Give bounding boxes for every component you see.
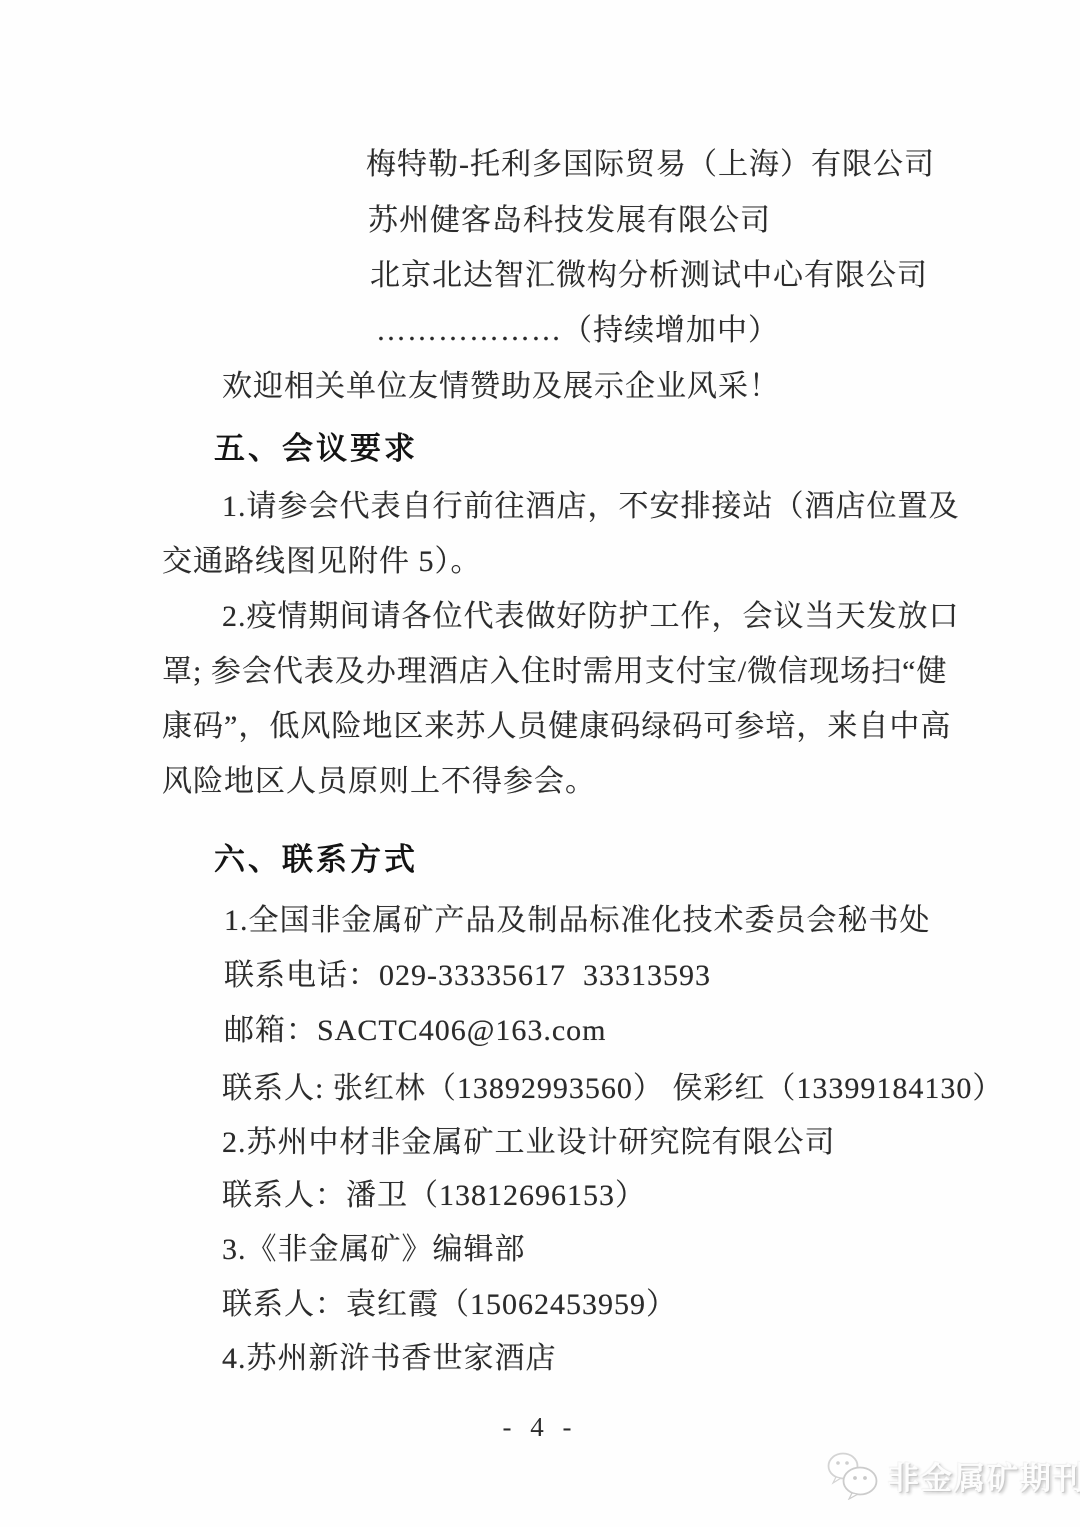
section6-entry4-name: 4.苏州新浒书香世家酒店 <box>222 1341 557 1377</box>
section5-heading: 五、会议要求 <box>214 431 418 467</box>
section6-entry3-contacts: 联系人：袁红霞（15062453959） <box>222 1287 677 1323</box>
publisher-watermark: 非金属矿期刊 <box>826 1450 1080 1500</box>
section5-item2-line4: 风险地区人员原则上不得参会。 <box>162 764 596 800</box>
watermark-label: 非金属矿期刊 <box>888 1453 1080 1498</box>
sponsor-company-line: 苏州健客岛科技发展有限公司 <box>368 203 771 239</box>
section5-item2-line3: 康码”，低风险地区来苏人员健康码绿码可参培，来自中高 <box>162 709 951 745</box>
section5-item2-line1: 2.疫情期间请各位代表做好防护工作，会议当天发放口 <box>222 599 960 635</box>
section5-item2-line2: 罩; 参会代表及办理酒店入住时需用支付宝/微信现场扫“健 <box>162 654 948 690</box>
section6-entry1-name: 1.全国非金属矿产品及制品标准化技术委员会秘书处 <box>224 903 931 939</box>
section6-heading: 六、联系方式 <box>214 842 418 878</box>
section5-item1-line1: 1.请参会代表自行前往酒店，不安排接站（酒店位置及 <box>222 489 960 525</box>
sponsor-list-growing-note: ………………（持续增加中） <box>376 313 779 349</box>
document-page: 梅特勒-托利多国际贸易（上海）有限公司 苏州健客岛科技发展有限公司 北京北达智汇… <box>0 0 1080 1527</box>
section6-entry2-contacts: 联系人：潘卫（13812696153） <box>222 1178 646 1214</box>
sponsor-company-line: 梅特勒-托利多国际贸易（上海）有限公司 <box>366 147 935 183</box>
wechat-icon <box>826 1450 880 1500</box>
page-number: - 4 - <box>0 1412 1080 1443</box>
section6-entry3-name: 3.《非金属矿》编辑部 <box>222 1232 526 1268</box>
section6-entry1-contacts: 联系人: 张红林（13892993560） 侯彩红（13399184130） <box>222 1071 1003 1107</box>
welcome-note: 欢迎相关单位友情赞助及展示企业风采！ <box>222 369 780 405</box>
sponsor-company-line: 北京北达智汇微构分析测试中心有限公司 <box>370 258 928 294</box>
section5-item1-line2: 交通路线图见附件 5）。 <box>162 544 482 580</box>
section6-entry1-email: 邮箱：SACTC406@163.com <box>224 1013 606 1049</box>
section6-entry1-phone: 联系电话：029-33335617 33313593 <box>224 958 711 994</box>
section6-entry2-name: 2.苏州中材非金属矿工业设计研究院有限公司 <box>222 1125 836 1161</box>
